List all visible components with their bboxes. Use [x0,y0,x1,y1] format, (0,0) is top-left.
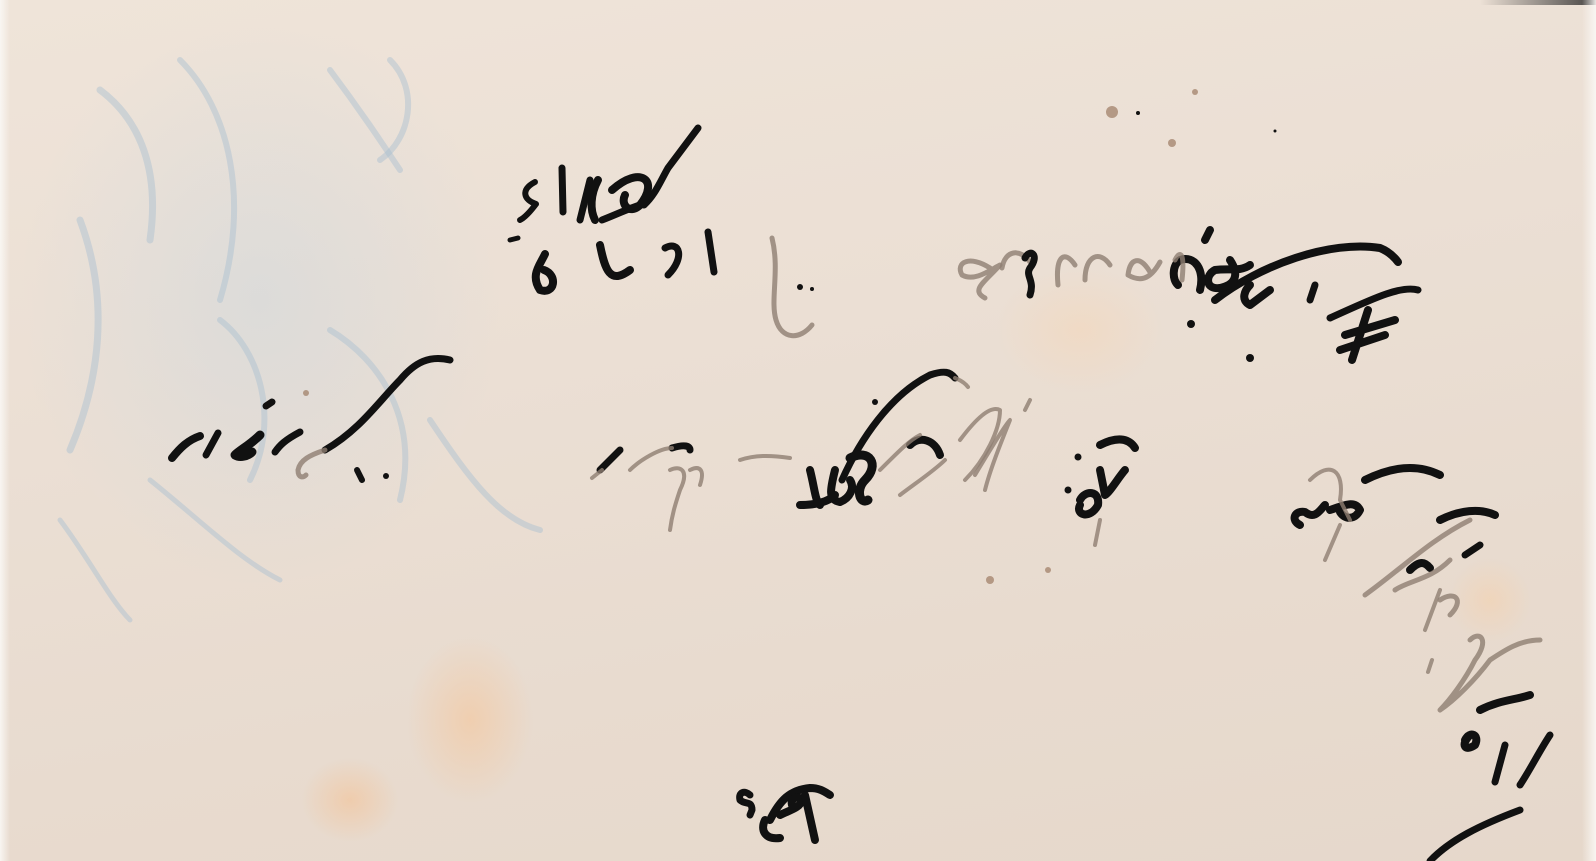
bottom-note [740,788,830,840]
faint-hook-mark [772,238,814,336]
envelope-paper: فرازی ١٢٩٥ سعادتلو حضرتلری عزتلو افندی ح… [0,0,1596,861]
handwriting-layer [0,0,1596,861]
bleed-through-writing [60,60,540,620]
right-column-lines [1295,468,1550,861]
address-line-2 [592,372,1135,545]
address-line-1 [960,230,1418,362]
date-block [510,128,714,291]
